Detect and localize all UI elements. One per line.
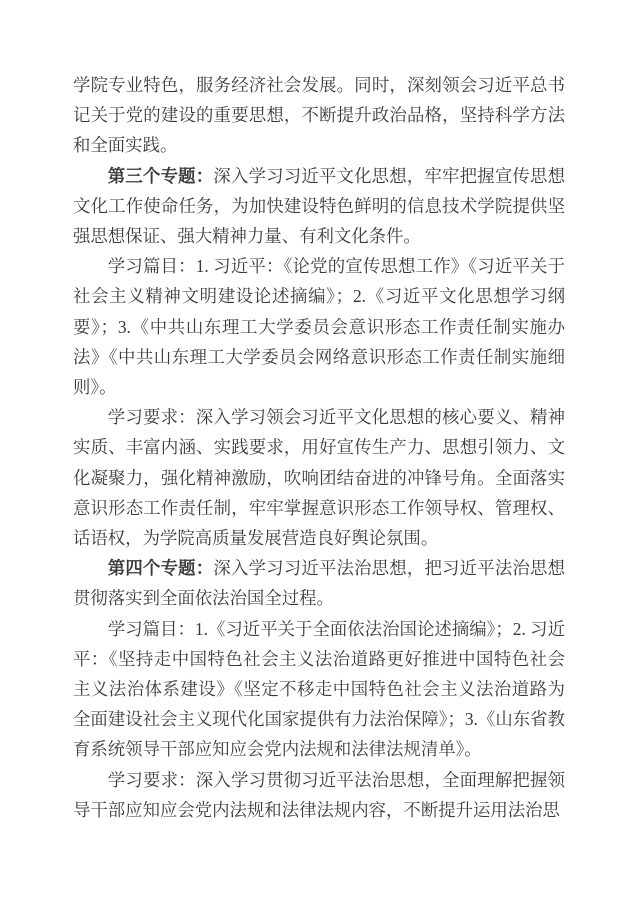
paragraph-text: 学习篇目：1. 习近平：《论党的宣传思想工作》《习近平关于社会主义精神文明建设论… — [73, 256, 565, 397]
document-text-block: 学院专业特色，服务经济社会发展。同时，深刻领会习近平总书记关于党的建设的重要思想… — [73, 70, 565, 825]
paragraph-text: 学院专业特色，服务经济社会发展。同时，深刻领会习近平总书记关于党的建设的重要思想… — [73, 75, 565, 155]
paragraph-text: 学习篇目：1.《习近平关于全面依法治国论述摘编》；2. 习近平：《坚持走中国特色… — [73, 619, 565, 760]
document-page: 学院专业特色，服务经济社会发展。同时，深刻领会习近平总书记关于党的建设的重要思想… — [0, 0, 639, 905]
paragraph-study-requirements-topic-three: 学习要求：深入学习领会习近平文化思想的核心要义、精神实质、丰富内涵、实践要求，用… — [73, 402, 565, 553]
paragraph-study-list-topic-four: 学习篇目：1.《习近平关于全面依法治国论述摘编》；2. 习近平：《坚持走中国特色… — [73, 614, 565, 765]
topic-four-lead: 第四个专题： — [108, 558, 214, 578]
paragraph-topic-three: 第三个专题：深入学习习近平文化思想，牢牢把握宣传思想文化工作使命任务，为加快建设… — [73, 161, 565, 252]
paragraph-text: 学习要求：深入学习贯彻习近平法治思想，全面理解把握领导干部应知应会党内法规和法律… — [73, 770, 565, 820]
paragraph-text: 学习要求：深入学习领会习近平文化思想的核心要义、精神实质、丰富内涵、实践要求，用… — [73, 407, 565, 548]
paragraph-party-building: 学院专业特色，服务经济社会发展。同时，深刻领会习近平总书记关于党的建设的重要思想… — [73, 70, 565, 161]
paragraph-study-list-topic-three: 学习篇目：1. 习近平：《论党的宣传思想工作》《习近平关于社会主义精神文明建设论… — [73, 251, 565, 402]
paragraph-study-requirements-topic-four: 学习要求：深入学习贯彻习近平法治思想，全面理解把握领导干部应知应会党内法规和法律… — [73, 765, 565, 825]
topic-three-lead: 第三个专题： — [108, 166, 214, 186]
paragraph-topic-four: 第四个专题：深入学习习近平法治思想，把习近平法治思想贯彻落实到全面依法治国全过程… — [73, 553, 565, 613]
